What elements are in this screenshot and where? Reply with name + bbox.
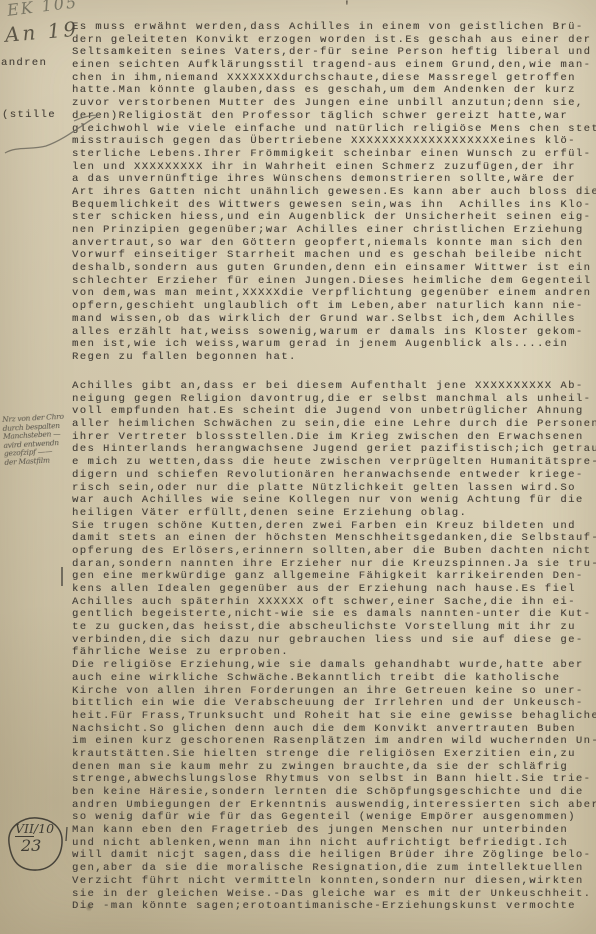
- text-line: te zu gucken,das heisst,die abscheulichs…: [72, 621, 594, 634]
- text-line: sie in der gleichen Weise.-Das gleiche w…: [72, 888, 594, 901]
- text-line: neigung gegen Religion davontrug,die er …: [72, 393, 594, 406]
- text-line: mand wissen,ob das wirklich der Grund wa…: [72, 313, 594, 326]
- page-ref-numerator: VII: [15, 821, 34, 837]
- text-line: Nachsicht.So glichen denn auch die dem K…: [72, 723, 594, 736]
- text-line: Die -man könnte sagen;erotoantimanische-…: [72, 900, 594, 913]
- text-line: Achilles gibt an,dass er bei diesem Aufe…: [72, 380, 594, 393]
- text-line: Verzicht führt nicht vermitteln konnten,…: [72, 875, 594, 888]
- text-line: Kirche von allen ihren Forderungen an ih…: [72, 685, 594, 698]
- text-line: ben keine Häresie,sondern lernten die Sc…: [72, 786, 594, 799]
- text-line: Seltsamkeiten seines Vaters,der-für sein…: [72, 46, 594, 59]
- text-line: e mich zu wetten,dass die heute zwischen…: [72, 456, 594, 469]
- text-line: Achilles auch späterhin XXXXXX oft schwe…: [72, 596, 594, 609]
- text-line: deshalb,sondern aus guten Grunden,denn e…: [72, 262, 594, 275]
- margin-correction-stille: (stille: [2, 109, 56, 121]
- handwritten-marginalia: Nrz von der Chrodurch bespaltenManchsteb…: [2, 412, 81, 467]
- text-line: gen eine merkwürdige ganz allgemeine Fäh…: [72, 570, 594, 583]
- text-line: daran,sondern nannten ihre Erzieher nur …: [72, 558, 594, 571]
- text-line: heit.Für Frass,Trunksucht und Roheit hat…: [72, 710, 594, 723]
- text-line: alles erzählt hat,weiss sowenig,warum er…: [72, 326, 594, 339]
- text-line: deren)Religiostät den Professor täglich …: [72, 110, 594, 123]
- text-line: voll empfunden hat.Es scheint die Jugend…: [72, 405, 594, 418]
- text-line: digern und schiefen Revolutionären heran…: [72, 469, 594, 482]
- text-line: und nicht ablenken,wenn man ihn nicht au…: [72, 837, 594, 850]
- text-line: gleichwohl wie viele einfache und natürl…: [72, 123, 594, 136]
- text-line: Vorwurf einseitiger Starrheit machen und…: [72, 249, 594, 262]
- text-line: Man kann eben den Fragetrieb des jungen …: [72, 824, 594, 837]
- text-line: dern geleiteten Konvikt erzogen worden i…: [72, 34, 594, 47]
- margin-correction-andren: andren: [1, 57, 47, 69]
- text-line: gentlich begeisterte,nicht-wie sie es da…: [72, 608, 594, 621]
- text-line: einen seichten Aufklärungsstil tragend-a…: [72, 59, 594, 72]
- text-line: opferung des Erlösers,erinnern sollten,a…: [72, 545, 594, 558]
- text-line: misstrauisch gegen das Übertriebene XXXX…: [72, 135, 594, 148]
- text-line: a das unvernünftige ihres Wünschens demo…: [72, 173, 594, 186]
- text-line: denen man sie kaum mehr zu zwingen brauc…: [72, 761, 594, 774]
- text-line: auch eine wirkliche Schwäche.Bekanntlich…: [72, 672, 594, 685]
- stray-ink-mark: ': [343, 0, 351, 14]
- text-line: von dem,was man meint,XXXXXdie Verpflich…: [72, 287, 594, 300]
- text-line: Regen zu fallen begonnen hat.: [72, 351, 594, 364]
- text-line: verbinden,die sich dazu nur gebrauchen l…: [72, 634, 594, 647]
- text-line: kens allen Idealen gegenüber aus der Erz…: [72, 583, 594, 596]
- text-line: Es muss erwähnt werden,dass Achilles in …: [72, 21, 594, 34]
- typescript-paragraph-1: Es muss erwähnt werden,dass Achilles in …: [72, 21, 594, 364]
- text-line: fährliche Weise zu erproben.: [72, 646, 594, 659]
- text-line: schlechter Erzieher für einen Jungen.Die…: [72, 275, 594, 288]
- text-line: im einen kurz geschorenen Rasenplätzen i…: [72, 735, 594, 748]
- text-line: war auch Achilles wie seine Kollegen nur…: [72, 494, 594, 507]
- text-line: krautstätten.Sie hielten strenge die rel…: [72, 748, 594, 761]
- text-line: gen,aber da sie die moralische Resignati…: [72, 862, 594, 875]
- text-line: Art ihres Gatten nicht unähnlich gewesen…: [72, 186, 594, 199]
- text-line: risch sein,oder nur die platte Nützlichk…: [72, 482, 594, 495]
- text-line: will damit nicjt sagen,dass die heiligen…: [72, 849, 594, 862]
- text-line: Bequemlichkeit des Wittwers gewesen sein…: [72, 199, 594, 212]
- text-line: ihrer Vertreter blossstellen.Die im Krie…: [72, 431, 594, 444]
- text-line: opfern,geschieht unglaublich oft im Lebe…: [72, 300, 594, 313]
- text-line: nen Prinzipien gegenüber;war Achilles ei…: [72, 224, 594, 237]
- text-line: Die religiöse Erziehung,wie sie damals g…: [72, 659, 594, 672]
- text-line: bittlich ein wie die Verabscheuung der I…: [72, 697, 594, 710]
- text-line: hatte.Man könnte glauben,dass es geschah…: [72, 84, 594, 97]
- text-line: anvertraut,so war den Göttern geopfert,n…: [72, 237, 594, 250]
- typescript-paragraph-2: Achilles gibt an,dass er bei diesem Aufe…: [72, 380, 594, 913]
- text-line: des Hinterlands herangwachsene Jugend ge…: [72, 443, 594, 456]
- text-line: chen in ihm,niemand XXXXXXXdurchschaute,…: [72, 72, 594, 85]
- text-line: len und XXXXXXXXX ihr in Wahrheit einen …: [72, 161, 594, 174]
- text-line: Sie trugen schöne Kutten,deren zwei Farb…: [72, 520, 594, 533]
- text-line: strenge,abwechslungslose Rhytmus von sel…: [72, 773, 594, 786]
- text-line: men ist,wie ich weiss,warum gerad in jen…: [72, 338, 594, 351]
- text-line: so wenig dafür wie für das Gegenteil (we…: [72, 811, 594, 824]
- page-ref-slash: /10: [34, 821, 54, 836]
- text-line: heiligen Väter erfüllt,denen seine Erzie…: [72, 507, 594, 520]
- page-ref-fraction: VII/10: [15, 821, 54, 836]
- circled-page-reference: VII/10 23: [4, 814, 66, 874]
- text-line: zuvor verstorbenen Mutter des Jungen ein…: [72, 97, 594, 110]
- page-ref-number: 23: [21, 836, 41, 855]
- text-line: andren Umbiegungen der Erkenntnis auswen…: [72, 799, 594, 812]
- text-line: ster schicken hiess,und ein Augenblick d…: [72, 211, 594, 224]
- text-line: damit stets an einen der höchsten Mensch…: [72, 532, 594, 545]
- text-line: aller heimlichen Schwächen zu sein,die e…: [72, 418, 594, 431]
- text-line: sterliche Lebens.Ihrer Frömmigkeit schei…: [72, 148, 594, 161]
